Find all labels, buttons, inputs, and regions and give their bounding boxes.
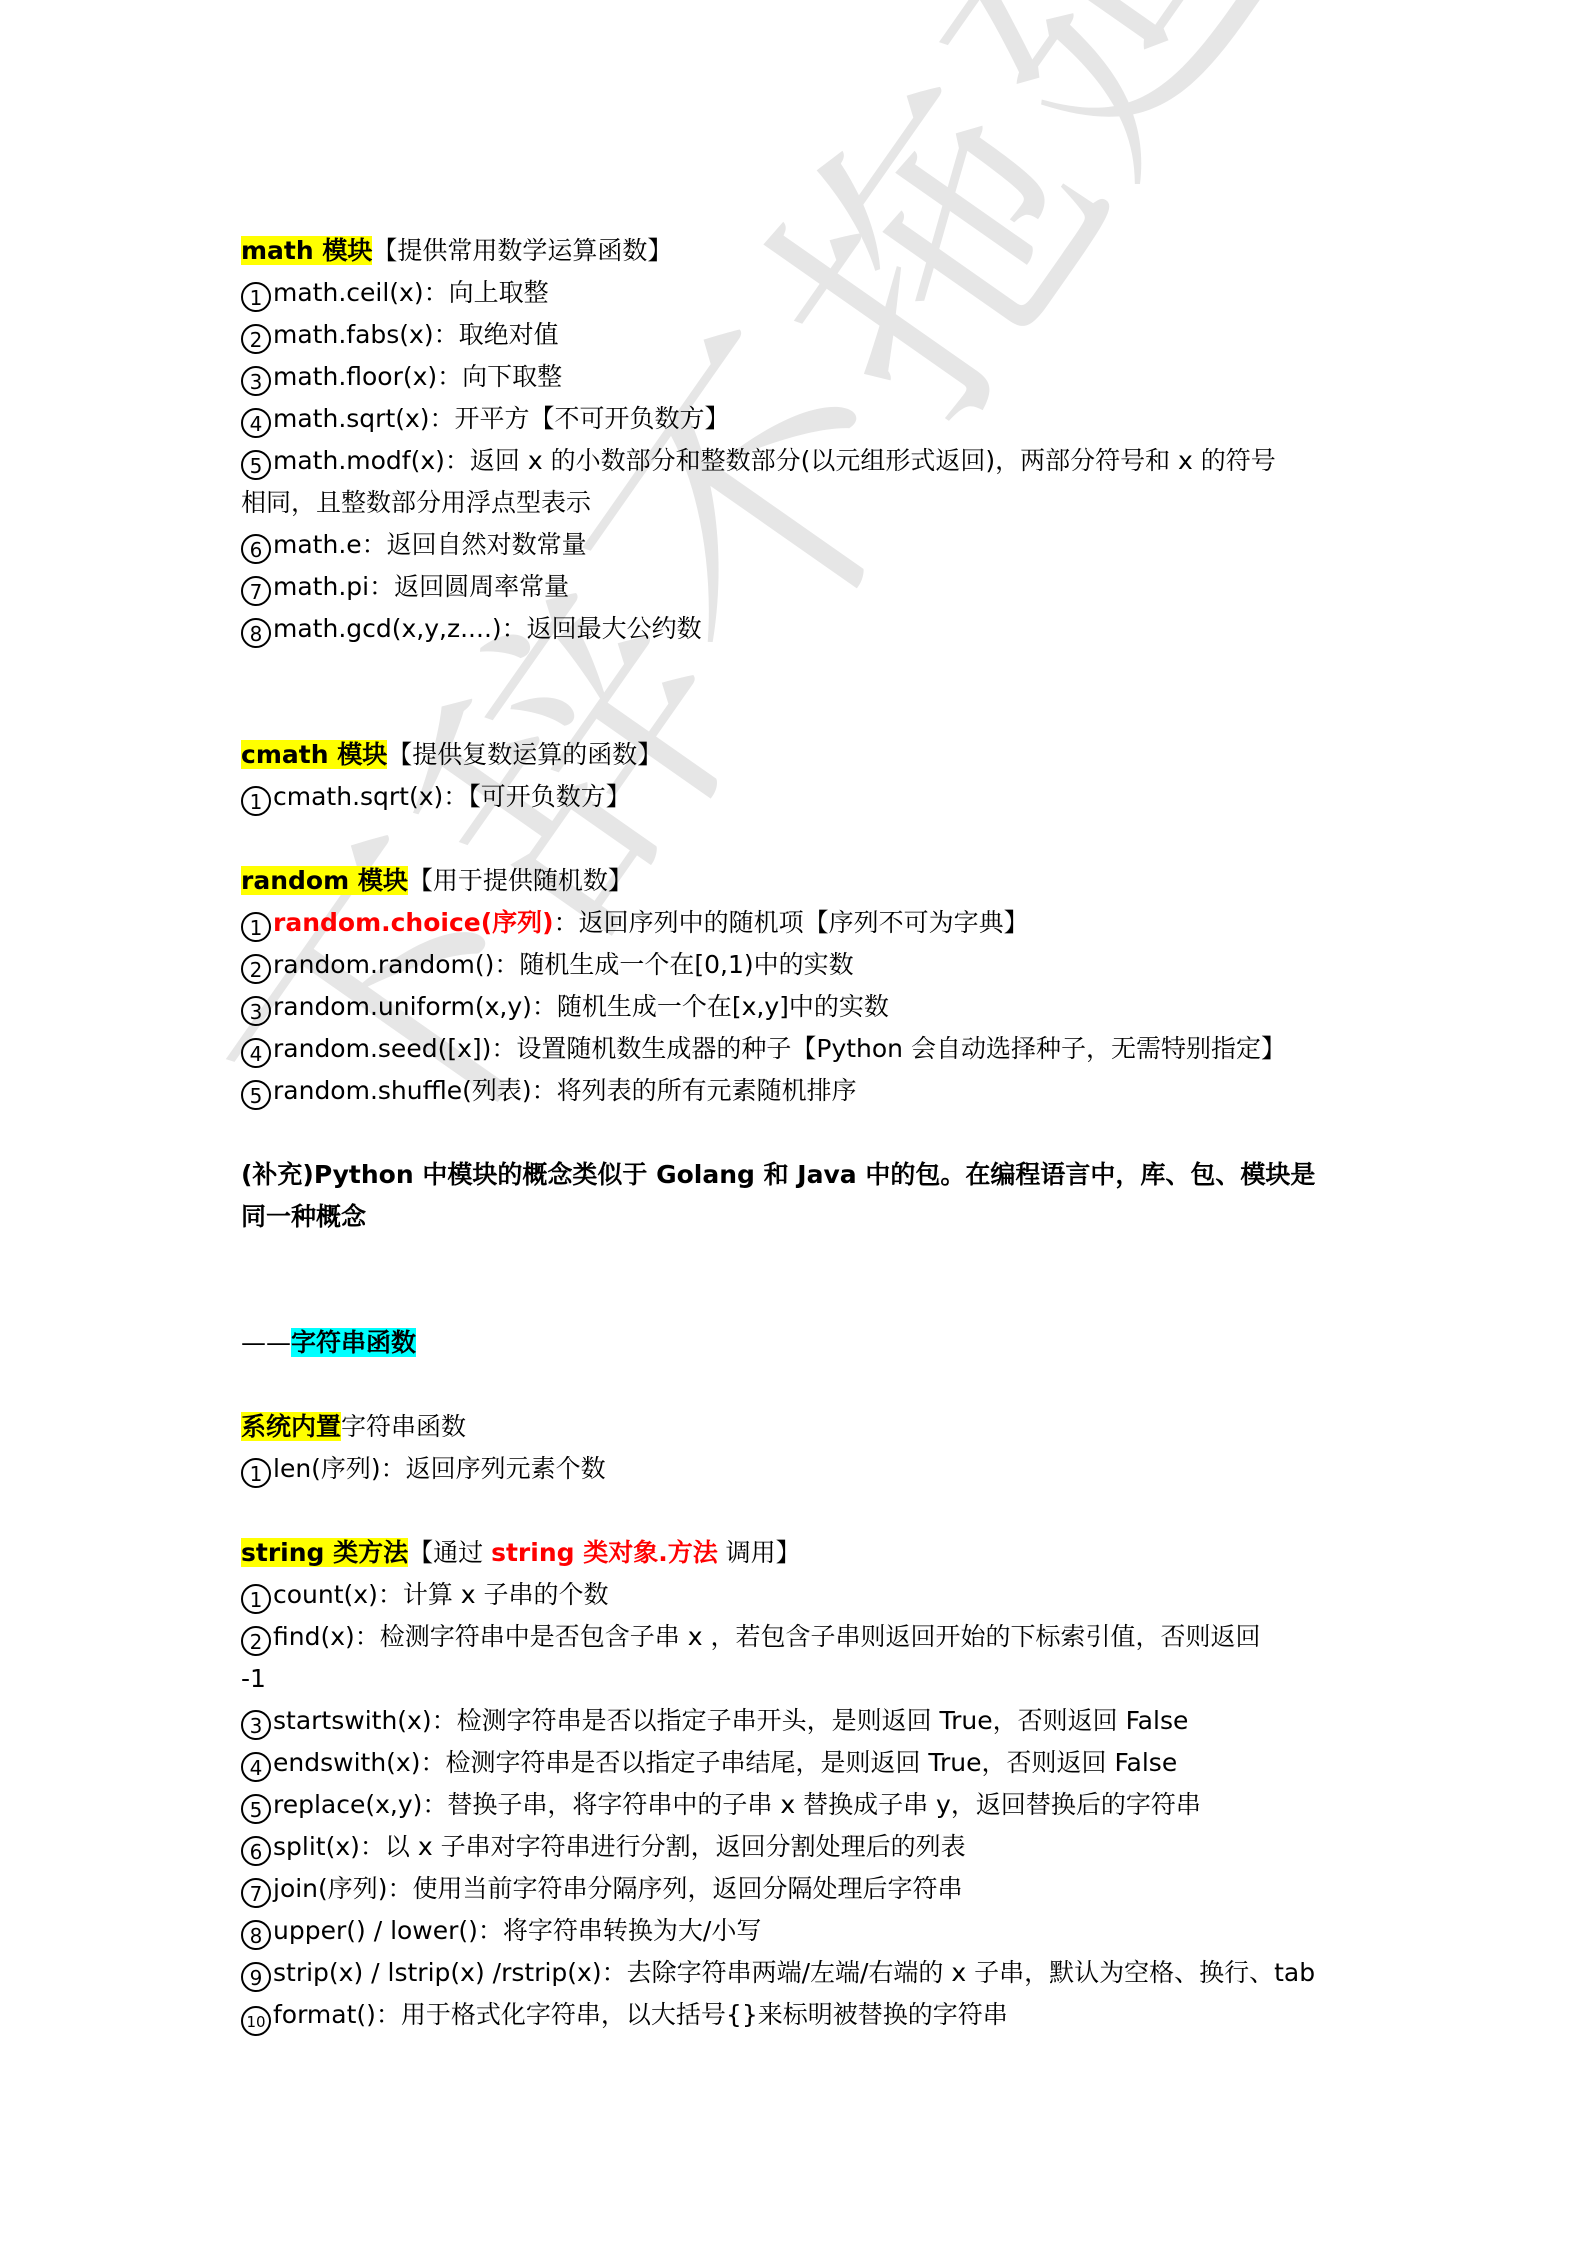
circled-number: 2	[241, 954, 271, 984]
circled-number: 2	[241, 324, 271, 354]
circled-number: 5	[241, 450, 271, 480]
highlighted-function: random.choice(序列)	[273, 908, 554, 937]
circled-number: 3	[241, 996, 271, 1026]
circled-number: 1	[241, 282, 271, 312]
math-item-continuation: 相同，且整数部分用浮点型表示	[241, 482, 1361, 524]
circled-number: 6	[241, 534, 271, 564]
string-section-title: 字符串函数	[291, 1328, 416, 1357]
string-method-item: 7join(序列)：使用当前字符串分隔序列，返回分隔处理后字符串	[241, 1868, 1361, 1910]
circled-number: 9	[241, 1962, 271, 1992]
math-item: 8math.gcd(x,y,z....)：返回最大公约数	[241, 608, 1361, 650]
circled-number: 5	[241, 1794, 271, 1824]
circled-number: 1	[241, 1458, 271, 1488]
circled-number: 8	[241, 618, 271, 648]
math-item: 5math.modf(x)：返回 x 的小数部分和整数部分(以元组形式返回)，两…	[241, 440, 1361, 482]
string-section-heading: ——字符串函数	[241, 1322, 1361, 1364]
circled-number: 1	[241, 786, 271, 816]
builtin-title: 系统内置	[241, 1412, 341, 1441]
math-item: 4math.sqrt(x)：开平方【不可开负数方】	[241, 398, 1361, 440]
string-method-item-continuation: -1	[241, 1658, 1361, 1700]
string-method-item: 9strip(x) / lstrip(x) /rstrip(x)：去除字符串两端…	[241, 1952, 1361, 1994]
random-item: 5random.shuffle(列表)：将列表的所有元素随机排序	[241, 1070, 1361, 1112]
random-item: 4random.seed([x])：设置随机数生成器的种子【Python 会自动…	[241, 1028, 1361, 1070]
circled-number: 8	[241, 1920, 271, 1950]
builtin-item: 1len(序列)：返回序列元素个数	[241, 1448, 1361, 1490]
circled-number: 1	[241, 1584, 271, 1614]
circled-number: 7	[241, 1878, 271, 1908]
document-page: math 模块【提供常用数学运算函数】 1math.ceil(x)：向上取整 2…	[241, 230, 1361, 2036]
string-method-item: 10format()：用于格式化字符串，以大括号{}来标明被替换的字符串	[241, 1994, 1361, 2036]
supplement-note-continuation: 同一种概念	[241, 1196, 1361, 1238]
string-method-item: 2find(x)：检测字符串中是否包含子串 x ，若包含子串则返回开始的下标索引…	[241, 1616, 1361, 1658]
random-item: 2random.random()：随机生成一个在[0,1)中的实数	[241, 944, 1361, 986]
circled-number: 4	[241, 1038, 271, 1068]
math-item: 1math.ceil(x)：向上取整	[241, 272, 1361, 314]
circled-number: 3	[241, 1710, 271, 1740]
string-methods-title: string 类方法	[241, 1538, 408, 1567]
string-method-item: 6split(x)：以 x 子串对字符串进行分割，返回分割处理后的列表	[241, 1826, 1361, 1868]
random-title-desc: 【用于提供随机数】	[408, 866, 633, 895]
cmath-title: cmath 模块	[241, 740, 387, 769]
circled-number: 2	[241, 1626, 271, 1656]
math-title-desc: 【提供常用数学运算函数】	[372, 236, 672, 265]
builtin-heading: 系统内置字符串函数	[241, 1406, 1361, 1448]
string-method-item: 4endswith(x)：检测字符串是否以指定子串结尾，是则返回 True，否则…	[241, 1742, 1361, 1784]
random-heading: random 模块【用于提供随机数】	[241, 860, 1361, 902]
cmath-title-desc: 【提供复数运算的函数】	[387, 740, 662, 769]
math-item: 6math.e：返回自然对数常量	[241, 524, 1361, 566]
circled-number: 6	[241, 1836, 271, 1866]
math-item: 3math.floor(x)：向下取整	[241, 356, 1361, 398]
supplement-note: (补充)Python 中模块的概念类似于 Golang 和 Java 中的包。在…	[241, 1154, 1361, 1196]
string-method-item: 1count(x)：计算 x 子串的个数	[241, 1574, 1361, 1616]
circled-number: 4	[241, 408, 271, 438]
cmath-heading: cmath 模块【提供复数运算的函数】	[241, 734, 1361, 776]
string-methods-heading: string 类方法【通过 string 类对象.方法 调用】	[241, 1532, 1361, 1574]
cmath-item: 1cmath.sqrt(x)：【可开负数方】	[241, 776, 1361, 818]
math-item: 7math.pi：返回圆周率常量	[241, 566, 1361, 608]
string-method-item: 8upper() / lower()：将字符串转换为大/小写	[241, 1910, 1361, 1952]
random-item: 1random.choice(序列)：返回序列中的随机项【序列不可为字典】	[241, 902, 1361, 944]
dash: ——	[241, 1328, 291, 1357]
circled-number: 10	[241, 2006, 271, 2036]
random-item: 3random.uniform(x,y)：随机生成一个在[x,y]中的实数	[241, 986, 1361, 1028]
builtin-title-desc: 字符串函数	[341, 1412, 466, 1441]
circled-number: 1	[241, 912, 271, 942]
string-methods-call-syntax: string 类对象.方法	[491, 1538, 718, 1567]
math-item: 2math.fabs(x)：取绝对值	[241, 314, 1361, 356]
string-method-item: 5replace(x,y)：替换子串，将字符串中的子串 x 替换成子串 y，返回…	[241, 1784, 1361, 1826]
circled-number: 3	[241, 366, 271, 396]
string-method-item: 3startswith(x)：检测字符串是否以指定子串开头，是则返回 True，…	[241, 1700, 1361, 1742]
math-heading: math 模块【提供常用数学运算函数】	[241, 230, 1361, 272]
math-title: math 模块	[241, 236, 372, 265]
random-title: random 模块	[241, 866, 408, 895]
circled-number: 4	[241, 1752, 271, 1782]
circled-number: 5	[241, 1080, 271, 1110]
circled-number: 7	[241, 576, 271, 606]
